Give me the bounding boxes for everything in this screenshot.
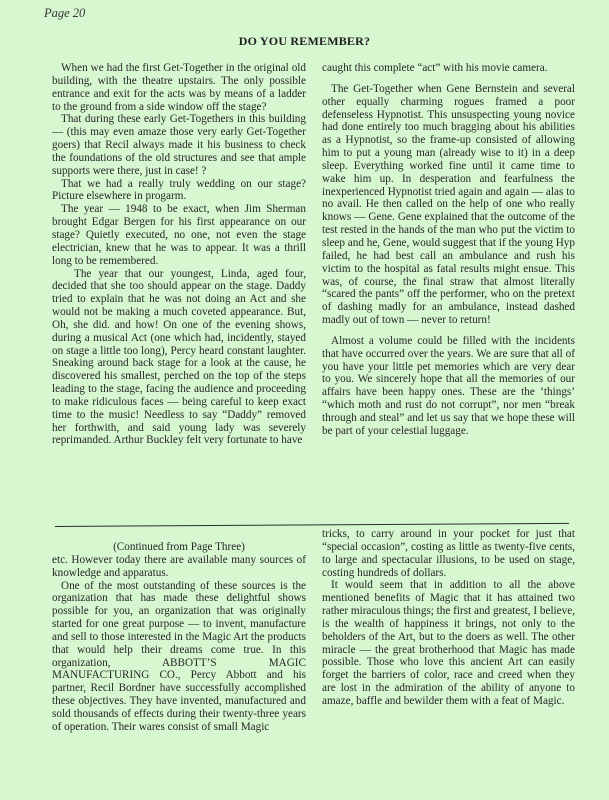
paragraph: etc. However today there are available m…: [52, 554, 306, 580]
article-title: DO YOU REMEMBER?: [0, 34, 609, 49]
article-right-column: caught this complete “act” with his movi…: [322, 62, 575, 438]
paragraph: That we had a really truly wedding on ou…: [52, 178, 306, 204]
paragraph: That during these early Get-Togethers in…: [52, 113, 306, 177]
paragraph: The year — 1948 to be exact, when Jim Sh…: [52, 203, 306, 267]
section-divider: [55, 523, 569, 527]
paragraph: caught this complete “act” with his movi…: [322, 62, 575, 75]
paragraph: It would seem that in addition to all th…: [322, 579, 575, 707]
paragraph: One of the most outstanding of these sou…: [52, 580, 306, 734]
continued-heading: (Continued from Page Three): [52, 541, 306, 554]
paragraph: When we had the first Get-Together in th…: [52, 62, 306, 113]
article-left-column: When we had the first Get-Together in th…: [52, 62, 306, 447]
paragraph: tricks, to carry around in your pocket f…: [322, 528, 575, 579]
continuation-right-column: tricks, to carry around in your pocket f…: [322, 528, 575, 708]
paragraph: Almost a volume could be filled with the…: [322, 335, 575, 438]
paragraph: The Get-Together when Gene Bernstein and…: [322, 83, 575, 327]
page-number: Page 20: [44, 6, 85, 21]
continuation-left-column: (Continued from Page Three) etc. However…: [52, 541, 306, 734]
paragraph: The year that our youngest, Linda, aged …: [52, 268, 306, 448]
